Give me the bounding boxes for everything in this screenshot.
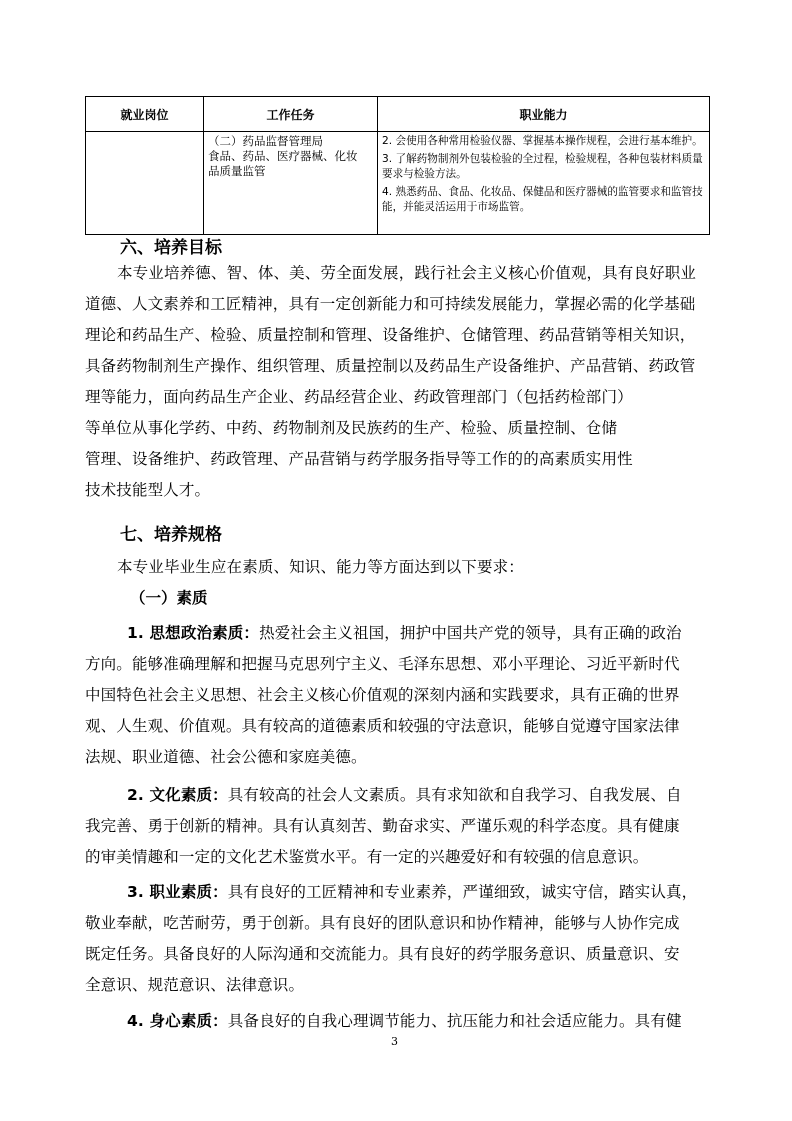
quality-item-label: 1. 思想政治素质： — [127, 624, 259, 642]
quality-item-4-first: 4. 身心素质：具备良好的自我心理调节能力、抗压能力和社会适应能力。具有健 — [127, 1011, 710, 1031]
paragraph-line: 具备药物制剂生产操作、组织管理、质量控制以及药品生产设备维护、产品营销、药政管 — [85, 356, 710, 376]
quality-item-text: 热爱社会主义祖国，拥护中国共产党的领导，具有正确的政治 — [259, 624, 682, 642]
quality-item-1-first: 1. 思想政治素质：热爱社会主义祖国，拥护中国共产党的领导，具有正确的政治 — [127, 623, 710, 643]
quality-item-label: 4. 身心素质： — [127, 1012, 228, 1030]
paragraph-line: 本专业培养德、智、体、美、劳全面发展，践行社会主义核心价值观，具有良好职业 — [117, 263, 710, 283]
table-header-row: 就业岗位 工作任务 职业能力 — [86, 97, 710, 132]
paragraph-line: 全意识、规范意识、法律意识。 — [85, 975, 710, 995]
paragraph-line: 中国特色社会主义思想、社会主义核心价值观的深刻内涵和实践要求，具有正确的世界 — [85, 685, 710, 705]
ability-item: 3. 了解药物制剂外包装检验的全过程，检验规程，各种包装材料质量要求与检验方法。 — [382, 152, 705, 182]
cell-tasks: （二）药品监督管理局 食品、药品、医疗器械、化妆 品质量监管 — [204, 132, 378, 235]
paragraph-line: 理论和药品生产、检验、质量控制和管理、设备维护、仓储管理、药品营销等相关知识， — [85, 325, 710, 345]
cell-abilities: 2. 会使用各种常用检验仪器、掌握基本操作规程，会进行基本维护。 3. 了解药物… — [378, 132, 710, 235]
cell-position — [86, 132, 204, 235]
paragraph-line: 道德、人文素养和工匠精神，具有一定创新能力和可持续发展能力，掌握必需的化学基础 — [85, 294, 710, 314]
section-heading-specs: 七、培养规格 — [120, 524, 222, 546]
document-page: 就业岗位 工作任务 职业能力 （二）药品监督管理局 食品、药品、医疗器械、化妆 … — [0, 0, 792, 1121]
ability-item: 4. 熟悉药品、食品、化妆品、保健品和医疗器械的监管要求和监管技能，并能灵活运用… — [382, 185, 705, 215]
quality-item-label: 3. 职业素质： — [127, 883, 228, 901]
paragraph-line: 法规、职业道德、社会公德和家庭美德。 — [85, 747, 710, 767]
task-line: 品质量监管 — [208, 164, 373, 179]
paragraph-line: 我完善、勇于创新的精神。具有认真刻苦、勤奋求实、严谨乐观的科学态度。具有健康 — [85, 816, 710, 836]
quality-item-text: 具有良好的工匠精神和专业素养，严谨细致，诚实守信，踏实认真， — [228, 883, 698, 901]
quality-item-text: 具备良好的自我心理调节能力、抗压能力和社会适应能力。具有健 — [228, 1012, 682, 1030]
header-tasks: 工作任务 — [204, 97, 378, 132]
quality-item-label: 2. 文化素质： — [127, 786, 228, 804]
table-row: （二）药品监督管理局 食品、药品、医疗器械、化妆 品质量监管 2. 会使用各种常… — [86, 132, 710, 235]
subheading-quality: （一）素质 — [130, 588, 208, 608]
header-abilities: 职业能力 — [378, 97, 710, 132]
paragraph-line: 管理、设备维护、药政管理、产品营销与药学服务指导等工作的的高素质实用性 — [85, 449, 710, 469]
paragraph-line: 敬业奉献，吃苦耐劳，勇于创新。具有良好的团队意识和协作精神，能够与人协作完成 — [85, 913, 710, 933]
quality-item-2-first: 2. 文化素质：具有较高的社会人文素质。具有求知欲和自我学习、自我发展、自 — [127, 785, 710, 805]
ability-item: 2. 会使用各种常用检验仪器、掌握基本操作规程，会进行基本维护。 — [382, 134, 705, 149]
section-heading-goals: 六、培养目标 — [120, 237, 222, 259]
task-line: 食品、药品、医疗器械、化妆 — [208, 149, 373, 164]
paragraph-line: 技术技能型人才。 — [85, 480, 710, 500]
header-position: 就业岗位 — [86, 97, 204, 132]
paragraph-line: 的审美情趣和一定的文化艺术鉴赏水平。有一定的兴趣爱好和有较强的信息意识。 — [85, 847, 710, 867]
job-ability-table: 就业岗位 工作任务 职业能力 （二）药品监督管理局 食品、药品、医疗器械、化妆 … — [85, 96, 710, 235]
page-number: 3 — [391, 1035, 398, 1048]
task-line: （二）药品监督管理局 — [208, 134, 373, 149]
paragraph-line: 方向。能够准确理解和把握马克思列宁主义、毛泽东思想、邓小平理论、习近平新时代 — [85, 654, 710, 674]
section-intro: 本专业毕业生应在素质、知识、能力等方面达到以下要求： — [117, 557, 710, 577]
quality-item-text: 具有较高的社会人文素质。具有求知欲和自我学习、自我发展、自 — [228, 786, 682, 804]
paragraph-line: 等单位从事化学药、中药、药物制剂及民族药的生产、检验、质量控制、仓储 — [85, 418, 710, 438]
paragraph-line: 既定任务。具备良好的人际沟通和交流能力。具有良好的药学服务意识、质量意识、安 — [85, 944, 710, 964]
quality-item-3-first: 3. 职业素质：具有良好的工匠精神和专业素养，严谨细致，诚实守信，踏实认真， — [127, 882, 710, 902]
paragraph-line: 观、人生观、价值观。具有较高的道德素质和较强的守法意识，能够自觉遵守国家法律 — [85, 716, 710, 736]
paragraph-line: 理等能力，面向药品生产企业、药品经营企业、药政管理部门（包括药检部门） — [85, 387, 710, 407]
